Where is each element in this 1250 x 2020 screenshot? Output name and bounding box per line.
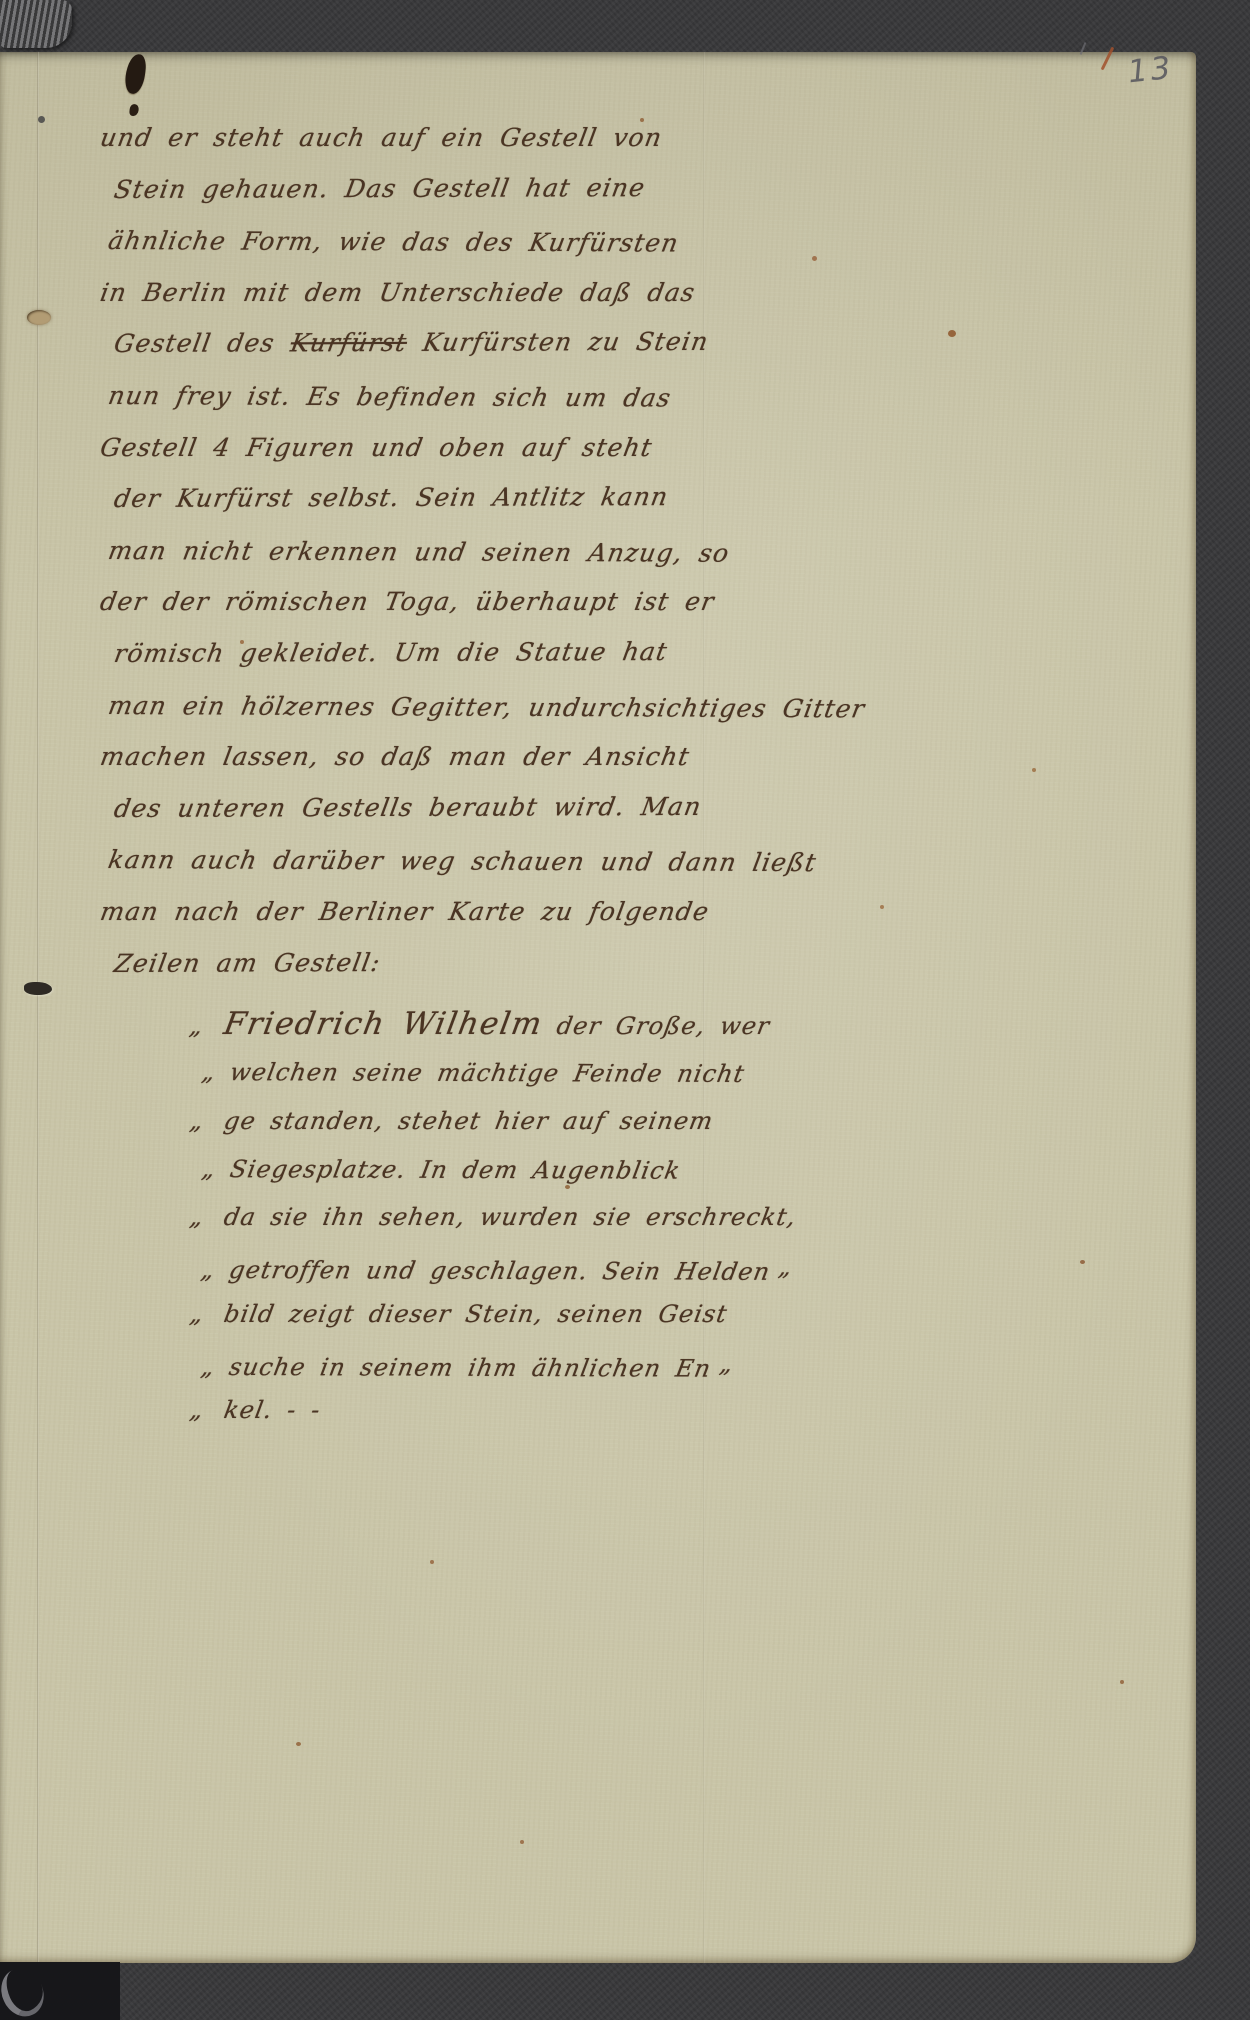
manuscript-text-block: und er steht auch auf ein Gestell von St… xyxy=(96,112,856,989)
manuscript-line: machen lassen, so daß man der Ansicht xyxy=(96,731,865,783)
margin-tick-mark xyxy=(1101,47,1115,71)
margin-pen-stroke xyxy=(1080,42,1087,55)
quote-line: „Friedrich Wilhelm der Große, wer xyxy=(186,1000,895,1048)
fold-crease-left xyxy=(37,52,39,1963)
paper-fleck xyxy=(1120,1680,1124,1684)
quote-text: welchen seine mächtige Feinde nicht xyxy=(228,1058,747,1088)
manuscript-line: in Berlin mit dem Unterschiede daß das xyxy=(96,267,865,319)
manuscript-line: Gestell 4 Figuren und oben auf steht xyxy=(96,422,865,474)
quotation-block: „Friedrich Wilhelm der Große, wer „welch… xyxy=(186,1000,886,1435)
manuscript-line: nun frey ist. Es befinden sich um das xyxy=(96,370,865,425)
manuscript-page: 13 und er steht auch auf ein Gestell von… xyxy=(0,52,1196,1963)
binding-thread-top-left xyxy=(0,0,72,48)
quote-text: suche in seinem ihm ähnlichen En xyxy=(227,1353,714,1383)
quote-mark: „ xyxy=(186,1290,229,1338)
quote-text: ge standen, stehet hier auf seinem xyxy=(222,1107,716,1135)
page-number: 13 xyxy=(1126,50,1175,91)
quote-line: „suche in seinem ihm ähnlichen En„ xyxy=(186,1338,894,1389)
manuscript-line: und er steht auch auf ein Gestell von xyxy=(96,112,865,164)
ink-blot xyxy=(124,53,148,95)
quote-mark: „ xyxy=(186,1193,229,1241)
manuscript-line: kann auch darüber weg schauen und dann l… xyxy=(96,834,865,889)
manuscript-line: man ein hölzernes Gegitter, undurchsicht… xyxy=(96,680,865,735)
quote-mark: „ xyxy=(186,1097,229,1145)
paper-fleck xyxy=(1080,1260,1085,1264)
paper-fleck xyxy=(430,1560,434,1564)
manuscript-line: römisch gekleidet. Um die Statue hat xyxy=(96,625,865,679)
manuscript-line: des unteren Gestells beraubt wird. Man xyxy=(96,780,865,834)
quote-line: „kel. - - xyxy=(186,1386,895,1434)
quoted-name: Friedrich Wilhelm xyxy=(221,1006,546,1042)
manuscript-line: man nicht erkennen und seinen Anzug, so xyxy=(96,525,865,580)
quote-mark: „ xyxy=(192,1048,235,1096)
continuation-quote-mark: „ xyxy=(777,1254,796,1282)
manuscript-line: man nach der Berliner Karte zu folgende xyxy=(96,886,865,938)
binding-hole-top xyxy=(27,310,51,325)
manuscript-line: Zeilen am Gestell: xyxy=(96,935,865,989)
binding-hole-bottom xyxy=(24,982,52,995)
manuscript-line-with-correction: Gestell des Kurfürst Kurfürsten zu Stein xyxy=(96,316,865,370)
quote-line: „getroffen und geschlagen. Sein Helden„ xyxy=(186,1241,894,1292)
paper-fleck xyxy=(880,905,884,909)
struck-word: Kurfürst xyxy=(288,328,409,357)
quote-line: „bild zeigt dieser Stein, seinen Geist xyxy=(186,1290,895,1338)
quote-text: da sie ihn sehen, wurden sie erschreckt, xyxy=(222,1203,799,1231)
quote-mark: „ xyxy=(191,1246,234,1294)
manuscript-line: ähnliche Form, wie das des Kurfürsten xyxy=(96,215,865,270)
manuscript-line: Stein gehauen. Das Gestell hat eine xyxy=(96,161,865,215)
paper-fleck xyxy=(520,1840,524,1844)
quote-text: getroffen und geschlagen. Sein Helden xyxy=(227,1256,773,1286)
quote-line: „da sie ihn sehen, wurden sie erschreckt… xyxy=(186,1193,895,1241)
quote-text: Siegesplatze. In dem Augenblick xyxy=(228,1155,683,1185)
scan-background: 13 und er steht auch auf ein Gestell von… xyxy=(0,0,1250,2020)
quote-text: der Große, wer xyxy=(540,1012,773,1040)
paper-fleck xyxy=(296,1742,301,1746)
paper-fleck xyxy=(948,330,956,337)
paper-fleck xyxy=(1032,768,1036,772)
line-segment: Kurfürsten zu Stein xyxy=(405,327,712,357)
quote-mark: „ xyxy=(192,1145,235,1193)
continuation-quote-mark: „ xyxy=(717,1350,736,1378)
quote-mark: „ xyxy=(186,1002,229,1050)
quote-mark: „ xyxy=(191,1343,234,1391)
quote-mark: „ xyxy=(186,1386,229,1434)
quote-line: „welchen seine mächtige Feinde nicht xyxy=(186,1048,894,1099)
quote-line: „Siegesplatze. In dem Augenblick xyxy=(186,1145,894,1196)
manuscript-line: der Kurfürst selbst. Sein Antlitz kann xyxy=(96,471,865,525)
line-segment: Gestell des xyxy=(112,329,293,359)
quote-text: kel. - - xyxy=(222,1396,323,1424)
manuscript-line: der der römischen Toga, überhaupt ist er xyxy=(96,576,865,628)
quote-line: „ge standen, stehet hier auf seinem xyxy=(186,1097,895,1145)
paper-spot xyxy=(38,116,45,123)
quote-text: bild zeigt dieser Stein, seinen Geist xyxy=(222,1300,730,1328)
